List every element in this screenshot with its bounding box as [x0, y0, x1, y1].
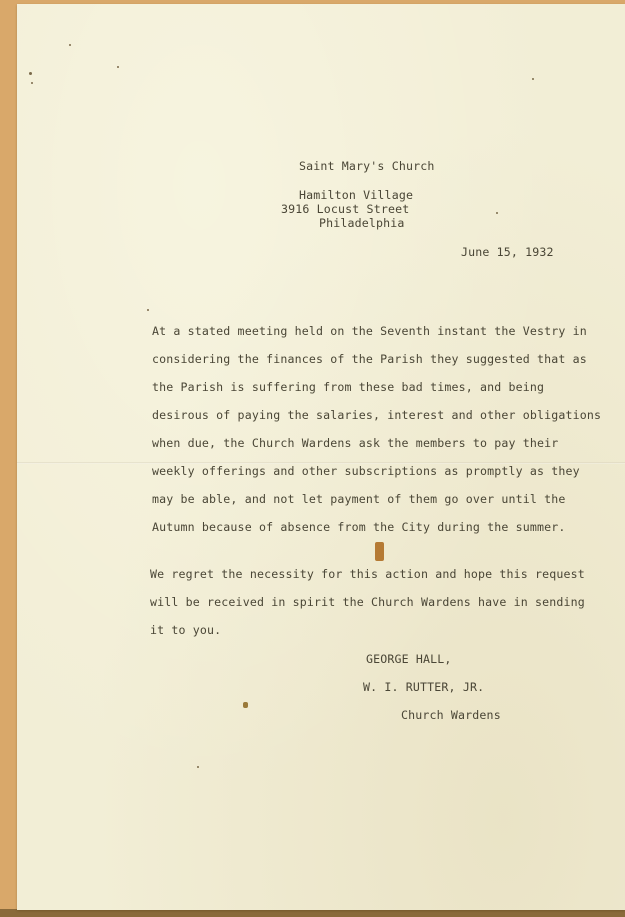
paper-speck — [197, 766, 199, 768]
paragraph-1-line: when due, the Church Wardens ask the mem… — [152, 436, 558, 450]
paragraph-1-line: the Parish is suffering from these bad t… — [152, 380, 544, 394]
paper-speck — [147, 309, 149, 311]
signature-w-i-rutter: W. I. RUTTER, JR. — [363, 680, 484, 694]
ink-stain — [375, 542, 384, 561]
paragraph-2-line: it to you. — [150, 623, 221, 637]
paragraph-2-line: will be received in spirit the Church Wa… — [150, 595, 585, 609]
paper-speck — [496, 212, 498, 214]
scan-backdrop-bottom — [0, 909, 625, 917]
paragraph-2-line: We regret the necessity for this action … — [150, 567, 585, 581]
paragraph-1-line: At a stated meeting held on the Seventh … — [152, 324, 587, 338]
paragraph-1-line: weekly offerings and other subscriptions… — [152, 464, 580, 478]
paragraph-1-line: may be able, and not let payment of them… — [152, 492, 566, 506]
paragraph-1-line: Autumn because of absence from the City … — [152, 520, 566, 534]
letterhead-organization: Saint Mary's Church — [299, 159, 434, 173]
letter-page: Saint Mary's Church Hamilton Village 391… — [17, 4, 625, 910]
ink-speck — [243, 702, 248, 708]
paragraph-1-line: considering the finances of the Parish t… — [152, 352, 587, 366]
letterhead-address-line-2: 3916 Locust Street — [281, 202, 409, 216]
paper-speck — [532, 78, 534, 80]
paper-speck — [29, 72, 32, 75]
signature-title: Church Wardens — [401, 708, 501, 722]
paper-speck — [117, 66, 119, 68]
paper-speck — [69, 44, 71, 46]
paper-speck — [31, 82, 33, 84]
letter-date: June 15, 1932 — [461, 245, 554, 259]
signature-george-hall: GEORGE HALL, — [366, 652, 452, 666]
letterhead-address-line-1: Hamilton Village — [299, 188, 413, 202]
letterhead-address-line-3: Philadelphia — [319, 216, 405, 230]
paragraph-1-line: desirous of paying the salaries, interes… — [152, 408, 601, 422]
